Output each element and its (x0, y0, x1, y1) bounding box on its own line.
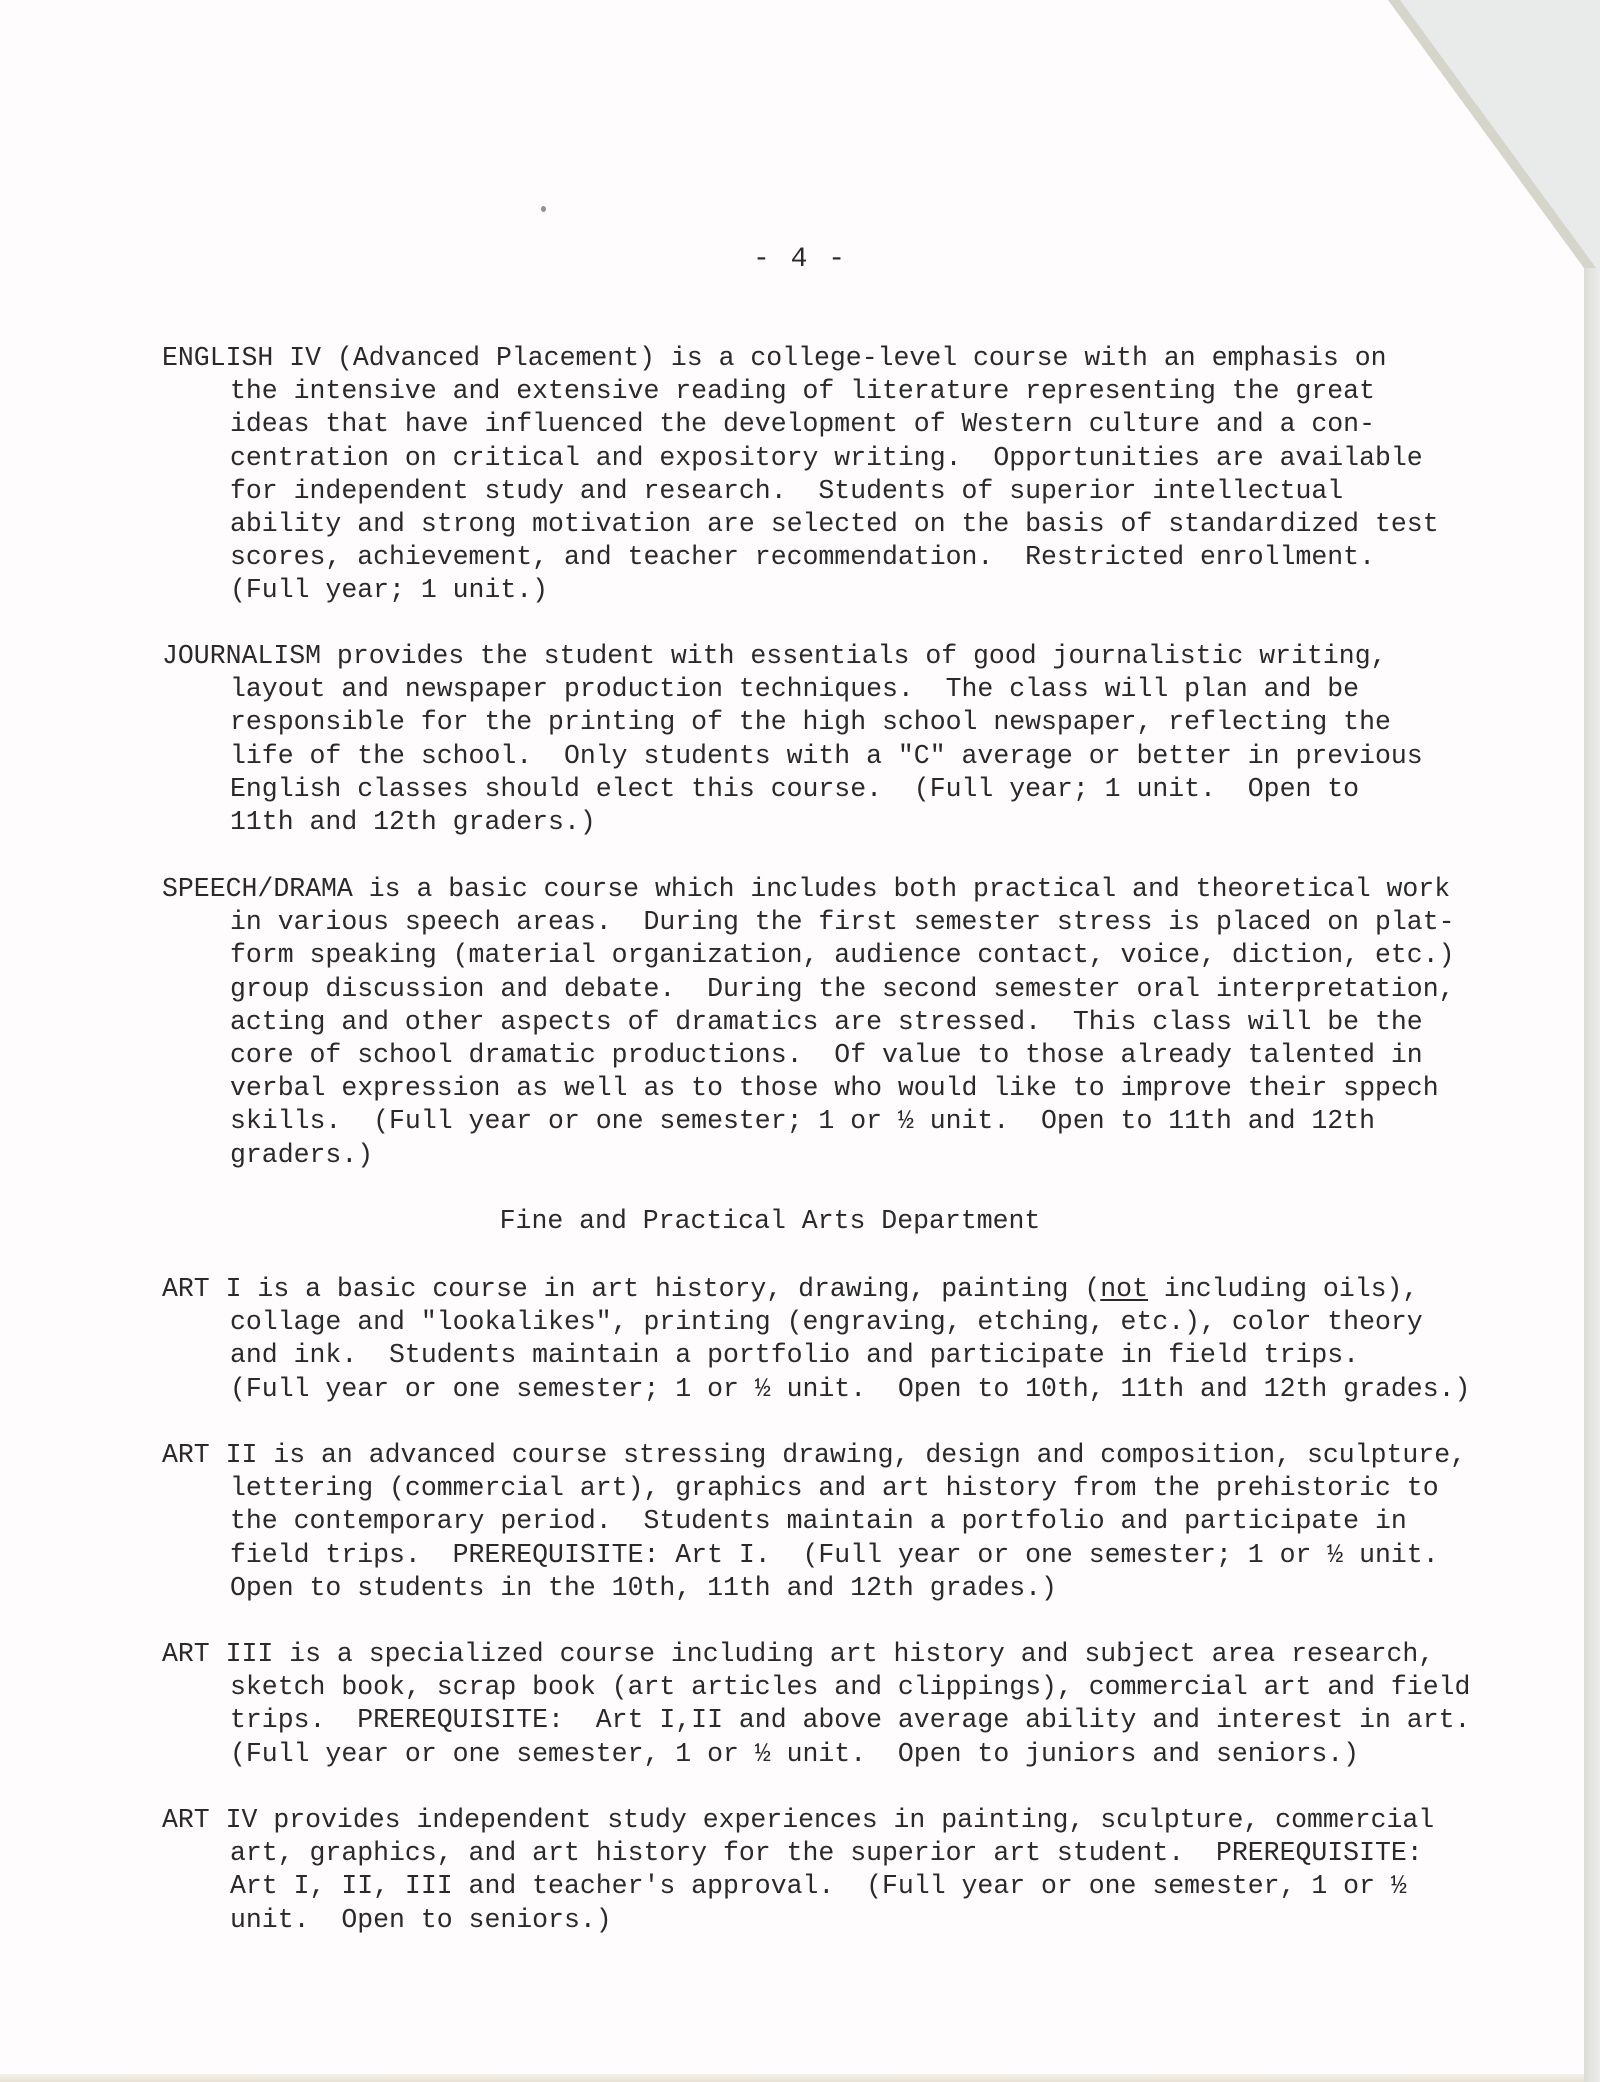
course-entry-line: form speaking (material organization, au… (162, 939, 1562, 972)
course-entry-line: ability and strong motivation are select… (162, 508, 1562, 541)
course-entry-line: group discussion and debate. During the … (162, 973, 1562, 1006)
course-entry-line: core of school dramatic productions. Of … (162, 1039, 1562, 1072)
department-heading: Fine and Practical Arts Department (0, 1206, 1600, 1236)
emphasis-underline: not (1100, 1274, 1148, 1304)
course-entry-line: the intensive and extensive reading of l… (162, 375, 1562, 408)
course-entry-line: collage and "lookalikes", printing (engr… (162, 1306, 1562, 1339)
page-bottom-edge (0, 2074, 1584, 2082)
course-entry-first-line: ART II is an advanced course stressing d… (162, 1439, 1562, 1472)
course-entry-first-line: ART IV provides independent study experi… (162, 1804, 1562, 1837)
course-entry-line: scores, achievement, and teacher recomme… (162, 541, 1562, 574)
course-entry-english-iv: ENGLISH IV (Advanced Placement) is a col… (162, 342, 1562, 608)
paper-speck (541, 206, 546, 212)
course-entry-art-iii: ART III is a specialized course includin… (162, 1638, 1562, 1771)
course-entry-art-ii: ART II is an advanced course stressing d… (162, 1439, 1562, 1605)
course-entry-line: life of the school. Only students with a… (162, 740, 1562, 773)
course-entry-line: the contemporary period. Students mainta… (162, 1505, 1562, 1538)
course-entry-first-line: ENGLISH IV (Advanced Placement) is a col… (162, 342, 1562, 375)
course-entry-line: and ink. Students maintain a portfolio a… (162, 1339, 1562, 1372)
page-number: - 4 - (0, 244, 1600, 275)
course-entry-first-line: JOURNALISM provides the student with ess… (162, 640, 1562, 673)
page-right-edge (1584, 268, 1600, 2082)
course-entry-line: trips. PREREQUISITE: Art I,II and above … (162, 1704, 1562, 1737)
course-entry-line: ideas that have influenced the developme… (162, 408, 1562, 441)
course-entry-line: field trips. PREREQUISITE: Art I. (Full … (162, 1539, 1562, 1572)
course-entry-line: verbal expression as well as to those wh… (162, 1072, 1562, 1105)
course-entry-line: art, graphics, and art history for the s… (162, 1837, 1562, 1870)
course-entry-line: English classes should elect this course… (162, 773, 1562, 806)
course-entry-line: centration on critical and expository wr… (162, 442, 1562, 475)
course-entry-art-iv: ART IV provides independent study experi… (162, 1804, 1562, 1937)
course-entry-line: unit. Open to seniors.) (162, 1904, 1562, 1937)
course-entry-speech-drama: SPEECH/DRAMA is a basic course which inc… (162, 873, 1562, 1172)
course-entry-line: (Full year or one semester; 1 or ½ unit.… (162, 1373, 1562, 1406)
course-entry-first-line: ART I is a basic course in art history, … (162, 1273, 1562, 1306)
course-entry-line: skills. (Full year or one semester; 1 or… (162, 1105, 1562, 1138)
course-entry-line: in various speech areas. During the firs… (162, 906, 1562, 939)
course-entry-line: for independent study and research. Stud… (162, 475, 1562, 508)
course-entry-line: graders.) (162, 1139, 1562, 1172)
course-entry-first-line: ART III is a specialized course includin… (162, 1638, 1562, 1671)
course-entry-line: responsible for the printing of the high… (162, 706, 1562, 739)
course-entry-journalism: JOURNALISM provides the student with ess… (162, 640, 1562, 839)
course-entry-art-i: ART I is a basic course in art history, … (162, 1273, 1562, 1406)
course-entry-line: lettering (commercial art), graphics and… (162, 1472, 1562, 1505)
course-entry-line: sketch book, scrap book (art articles an… (162, 1671, 1562, 1704)
course-entry-line: Art I, II, III and teacher's approval. (… (162, 1870, 1562, 1903)
course-entry-line: layout and newspaper production techniqu… (162, 673, 1562, 706)
course-entry-line: Open to students in the 10th, 11th and 1… (162, 1572, 1562, 1605)
course-entry-line: (Full year or one semester, 1 or ½ unit.… (162, 1738, 1562, 1771)
course-entry-first-line: SPEECH/DRAMA is a basic course which inc… (162, 873, 1562, 906)
course-entry-line: 11th and 12th graders.) (162, 806, 1562, 839)
course-entry-line: acting and other aspects of dramatics ar… (162, 1006, 1562, 1039)
course-entry-line: (Full year; 1 unit.) (162, 574, 1562, 607)
